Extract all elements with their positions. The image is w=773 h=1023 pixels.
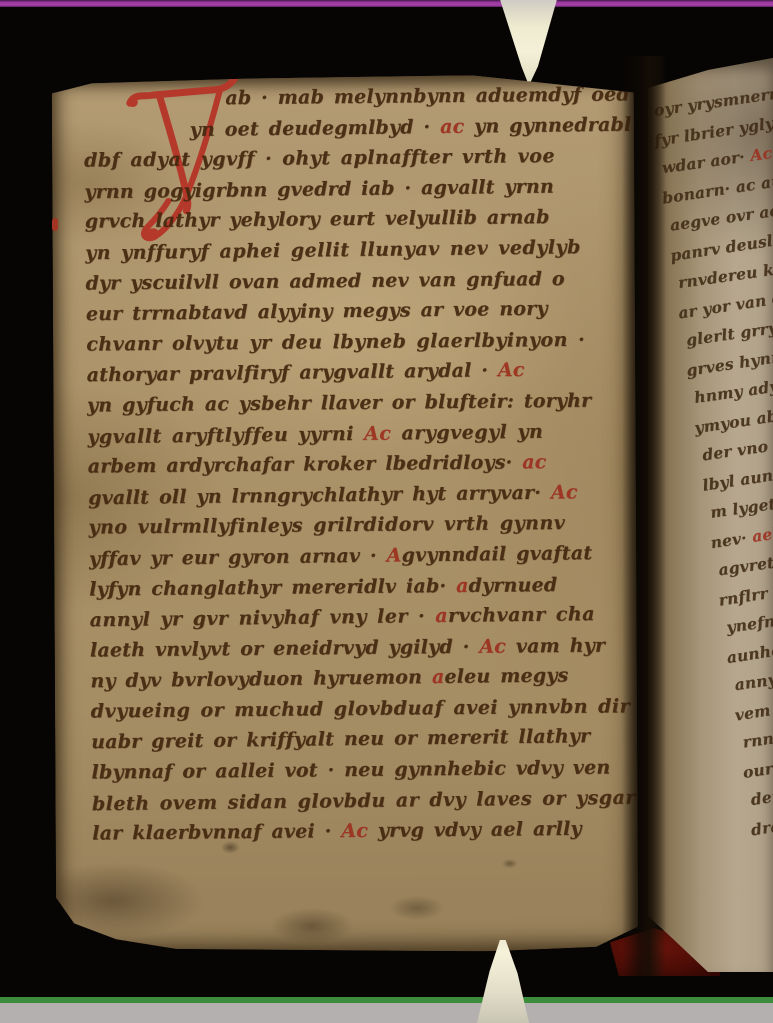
- bottom-page-weight-clip: [477, 940, 529, 1023]
- manuscript-line: lar klaerbvnnaf avei · Ac yrvg vdvy ael …: [92, 813, 644, 849]
- book-gutter-shadow: [622, 56, 666, 976]
- right-page-text-block: oyr yrysmnerr disglerr fyr lbrier yglyvu…: [648, 66, 773, 845]
- top-page-weight-clip: [499, 0, 558, 83]
- left-page-text-block: ab · mab melynnbynn aduemdyf oed m yn oe…: [83, 79, 644, 851]
- manuscript-right-page: oyr yrysmnerr disglerr fyr lbrier yglyvu…: [648, 58, 773, 972]
- manuscript-left-page: ab · mab melynnbynn aduemdyf oed m yn oe…: [52, 74, 639, 953]
- scanner-bed-strip: [0, 1003, 773, 1023]
- color-calibration-bar-top: [0, 0, 773, 7]
- red-edge-mark: [52, 218, 58, 231]
- manuscript-photo-stage: ab · mab melynnbynn aduemdyf oed m yn oe…: [0, 0, 773, 1023]
